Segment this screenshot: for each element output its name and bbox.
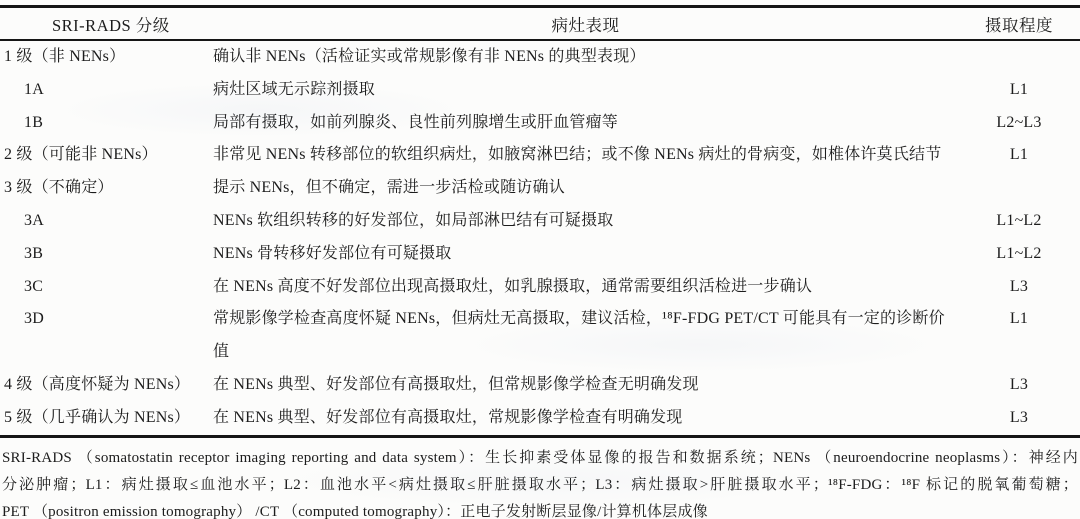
grade-cell: 3B [0, 238, 213, 271]
grade-cell: 3D [0, 303, 213, 369]
uptake-cell: L3 [958, 369, 1080, 402]
desc-cell: 局部有摄取，如前列腺炎、良性前列腺增生或肝血管瘤等 [213, 107, 958, 140]
desc-cell: 在 NENs 典型、好发部位有高摄取灶，但常规影像学检查无明确发现 [213, 369, 958, 402]
table-row: 1B局部有摄取，如前列腺炎、良性前列腺增生或肝血管瘤等L2~L3 [0, 107, 1080, 140]
table-row: 3BNENs 骨转移好发部位有可疑摄取L1~L2 [0, 238, 1080, 271]
uptake-cell: L3 [958, 271, 1080, 304]
table-row: 3D常规影像学检查高度怀疑 NENs，但病灶无高摄取，建议活检，¹⁸F-FDG … [0, 303, 1080, 369]
table-row: 3ANENs 软组织转移的好发部位，如局部淋巴结有可疑摄取L1~L2 [0, 205, 1080, 238]
table-row: 3 级（不确定）提示 NENs，但不确定，需进一步活检或随访确认 [0, 172, 1080, 205]
column-header-grade: SRI-RADS 分级 [0, 8, 213, 40]
table-row: 2 级（可能非 NENs）非常见 NENs 转移部位的软组织病灶，如腋窝淋巴结；… [0, 139, 1080, 172]
paper-table-page: SRI-RADS 分级 病灶表现 摄取程度 1 级（非 NENs）确认非 NEN… [0, 0, 1080, 519]
uptake-cell: L3 [958, 402, 1080, 436]
table-row: 1A病灶区域无示踪剂摄取L1 [0, 74, 1080, 107]
sri-rads-grading-table: SRI-RADS 分级 病灶表现 摄取程度 1 级（非 NENs）确认非 NEN… [0, 8, 1080, 438]
desc-cell: 常规影像学检查高度怀疑 NENs，但病灶无高摄取，建议活检，¹⁸F-FDG PE… [213, 303, 958, 369]
grade-cell: 3C [0, 271, 213, 304]
desc-cell: NENs 骨转移好发部位有可疑摄取 [213, 238, 958, 271]
grade-cell: 5 级（几乎确认为 NENs） [0, 402, 213, 436]
desc-cell: 病灶区域无示踪剂摄取 [213, 74, 958, 107]
footnote-line: PET （positron emission tomography） /CT （… [2, 499, 1078, 519]
desc-cell: 确认非 NENs（活检证实或常规影像有非 NENs 的典型表现） [213, 40, 958, 74]
grade-cell: 3A [0, 205, 213, 238]
grade-cell: 1 级（非 NENs） [0, 40, 213, 74]
table-row: 4 级（高度怀疑为 NENs）在 NENs 典型、好发部位有高摄取灶，但常规影像… [0, 369, 1080, 402]
footnote-line: SRI-RADS （somatostatin receptor imaging … [2, 445, 1078, 472]
desc-cell: 在 NENs 高度不好发部位出现高摄取灶，如乳腺摄取，通常需要组织活检进一步确认 [213, 271, 958, 304]
uptake-cell [958, 40, 1080, 74]
desc-cell: 提示 NENs，但不确定，需进一步活检或随访确认 [213, 172, 958, 205]
uptake-cell: L1 [958, 74, 1080, 107]
grade-cell: 1A [0, 74, 213, 107]
table-row: 5 级（几乎确认为 NENs）在 NENs 典型、好发部位有高摄取灶，常规影像学… [0, 402, 1080, 436]
uptake-cell: L1~L2 [958, 238, 1080, 271]
desc-cell: 非常见 NENs 转移部位的软组织病灶，如腋窝淋巴结；或不像 NENs 病灶的骨… [213, 139, 958, 172]
grade-cell: 4 级（高度怀疑为 NENs） [0, 369, 213, 402]
table-header: SRI-RADS 分级 病灶表现 摄取程度 [0, 8, 1080, 40]
table-footnote: SRI-RADS （somatostatin receptor imaging … [0, 438, 1080, 519]
desc-cell: NENs 软组织转移的好发部位，如局部淋巴结有可疑摄取 [213, 205, 958, 238]
desc-cell: 在 NENs 典型、好发部位有高摄取灶，常规影像学检查有明确发现 [213, 402, 958, 436]
table-body: 1 级（非 NENs）确认非 NENs（活检证实或常规影像有非 NENs 的典型… [0, 40, 1080, 436]
uptake-cell [958, 172, 1080, 205]
grade-cell: 1B [0, 107, 213, 140]
column-header-lesion: 病灶表现 [213, 8, 958, 40]
uptake-cell: L1 [958, 303, 1080, 369]
uptake-cell: L1 [958, 139, 1080, 172]
footnote-line: 分泌肿瘤；L1：病灶摄取≤血池水平；L2：血池水平<病灶摄取≤肝脏摄取水平；L3… [2, 472, 1078, 499]
column-header-uptake: 摄取程度 [958, 8, 1080, 40]
grade-cell: 3 级（不确定） [0, 172, 213, 205]
table-row: 3C在 NENs 高度不好发部位出现高摄取灶，如乳腺摄取，通常需要组织活检进一步… [0, 271, 1080, 304]
grade-cell: 2 级（可能非 NENs） [0, 139, 213, 172]
uptake-cell: L2~L3 [958, 107, 1080, 140]
table-row: 1 级（非 NENs）确认非 NENs（活检证实或常规影像有非 NENs 的典型… [0, 40, 1080, 74]
uptake-cell: L1~L2 [958, 205, 1080, 238]
header-row: SRI-RADS 分级 病灶表现 摄取程度 [0, 8, 1080, 40]
